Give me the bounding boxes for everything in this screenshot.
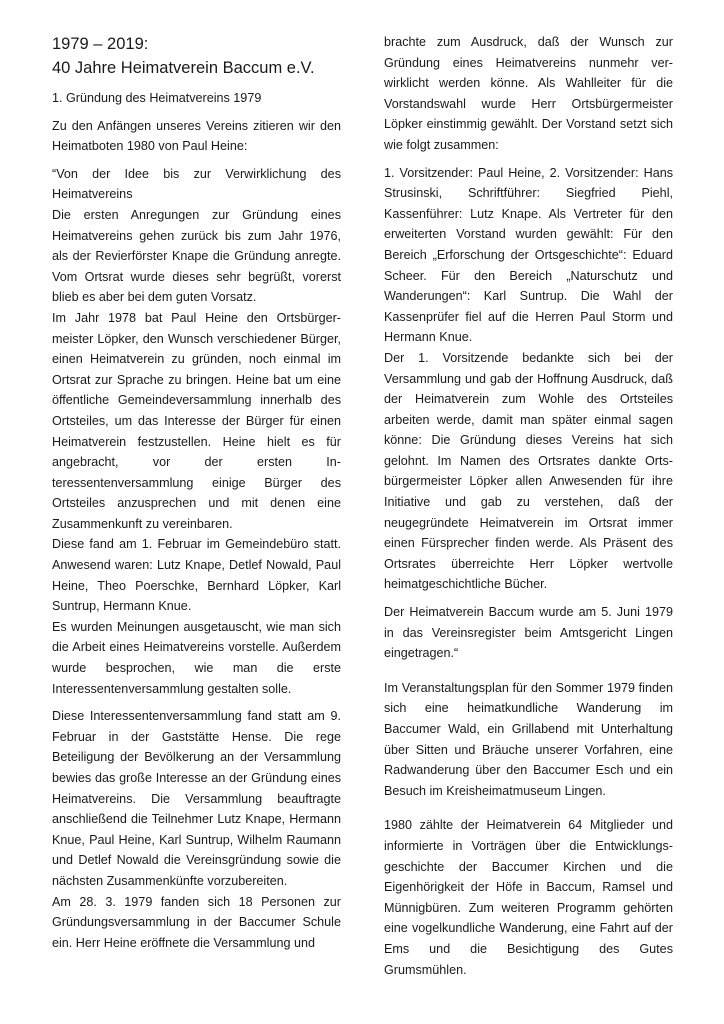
paragraph-registration: Der Heimatverein Baccum wurde am 5. Juni… bbox=[384, 602, 673, 664]
paragraph: Im Jahr 1978 bat Paul Heine den Ortsbürg… bbox=[52, 308, 341, 535]
paragraph: Der 1. Vorsitzende bedankte sich bei der… bbox=[384, 348, 673, 595]
paragraph: Diese Interessentenversammlung fand stat… bbox=[52, 706, 341, 891]
paragraph-intro: Zu den Anfängen unseres Vereins zitieren… bbox=[52, 116, 341, 157]
paragraph: Die ersten Anregungen zur Gründung eines… bbox=[52, 205, 341, 308]
title-years: 1979 – 2019: bbox=[52, 32, 352, 56]
paragraph-summer-1979: Im Veranstaltungsplan für den Sommer 197… bbox=[384, 678, 673, 802]
paragraph: brachte zum Ausdruck, daß der Wunsch zur… bbox=[384, 32, 673, 156]
document-title: 1979 – 2019: 40 Jahre Heimatverein Baccu… bbox=[52, 32, 352, 80]
paragraph: Diese fand am 1. Februar im Gemeindebüro… bbox=[52, 534, 341, 616]
title-main: 40 Jahre Heimatverein Baccum e.V. bbox=[52, 56, 352, 80]
section-heading: 1. Gründung des Heimatvereins 1979 bbox=[52, 88, 341, 109]
right-body: brachte zum Ausdruck, daß der Wunsch zur… bbox=[384, 32, 673, 980]
paragraph-board-members: 1. Vorsitzender: Paul Heine, 2. Vorsitze… bbox=[384, 163, 673, 348]
paragraph-1980: 1980 zählte der Heimatverein 64 Mitglied… bbox=[384, 815, 673, 980]
left-body: 1. Gründung des Heimatvereins 1979 Zu de… bbox=[52, 88, 341, 953]
paragraph-quote-title: “Von der Idee bis zur Verwirklichung des… bbox=[52, 164, 341, 205]
paragraph: Am 28. 3. 1979 fanden sich 18 Personen z… bbox=[52, 892, 341, 954]
paragraph: Es wurden Meinungen ausgetauscht, wie ma… bbox=[52, 617, 341, 699]
